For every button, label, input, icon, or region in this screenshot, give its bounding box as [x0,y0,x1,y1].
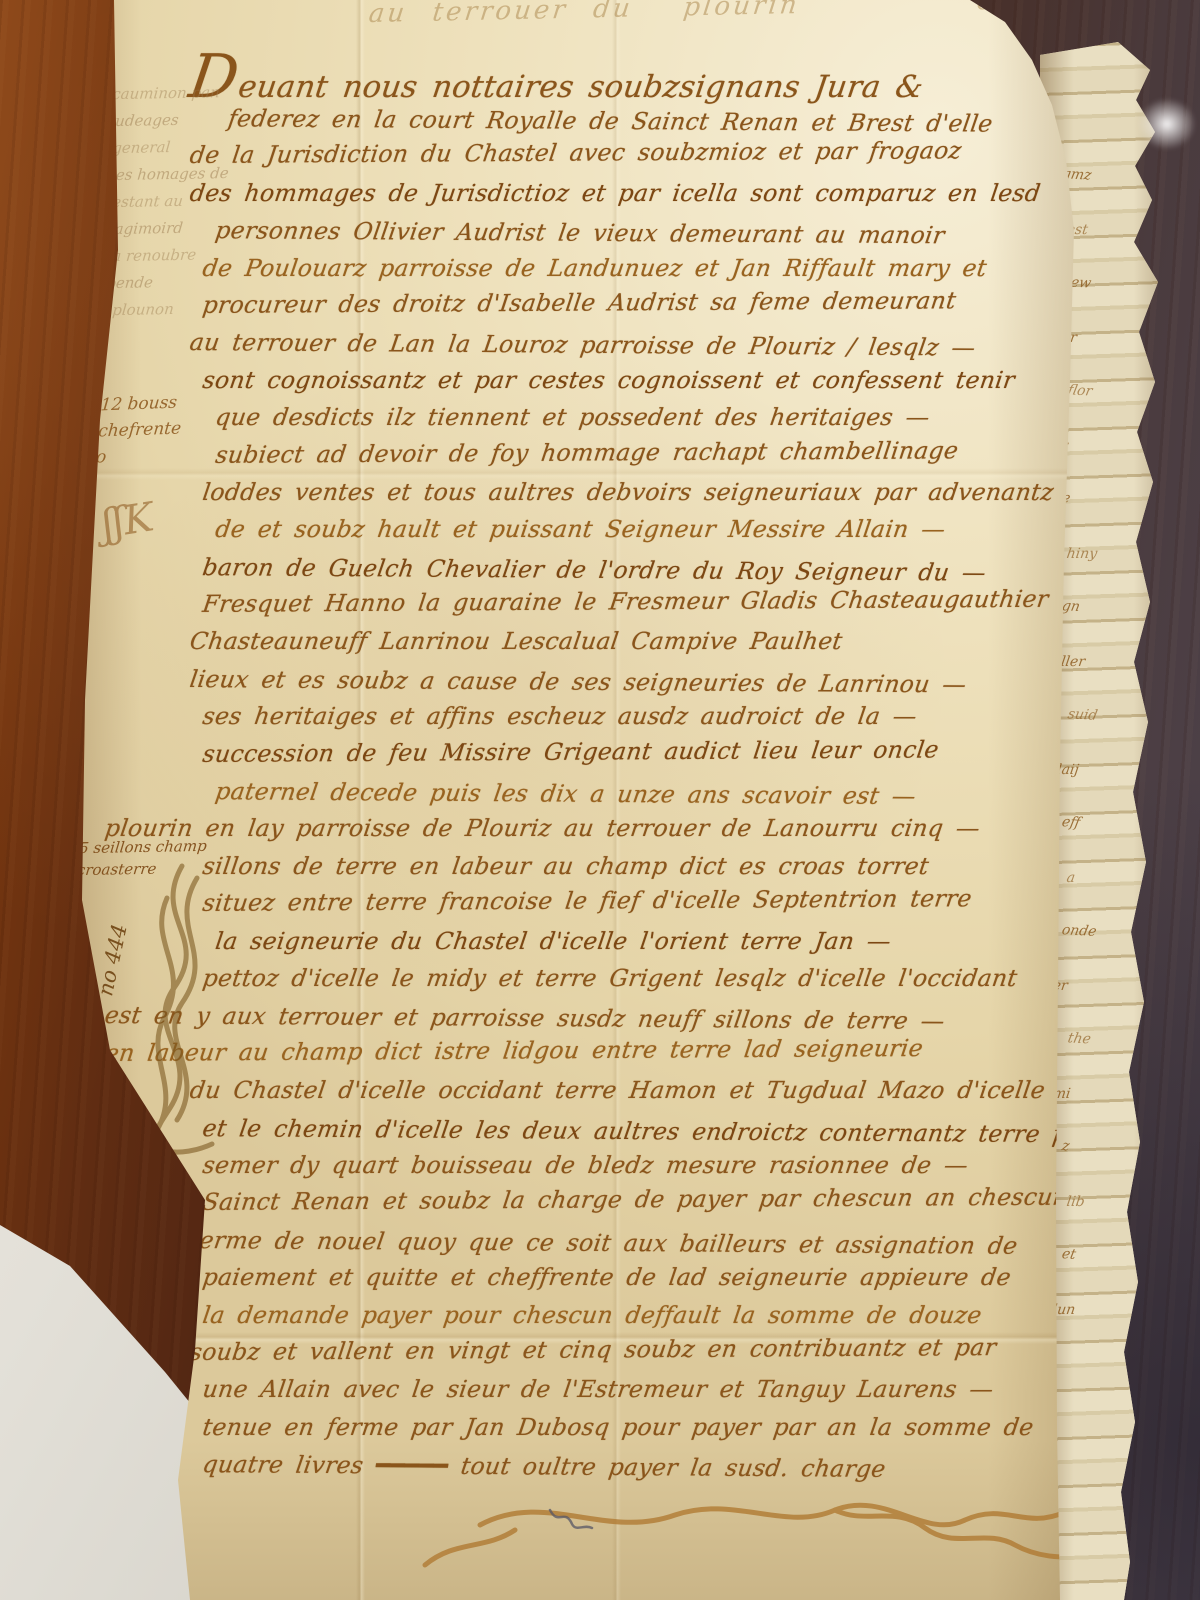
manuscript-line: Sainct Renan et soubz la charge de payer… [187,1179,1093,1222]
manuscript-line: une Allain avec le sieur de l'Estremeur … [187,1371,1092,1408]
manuscript-line: ses heritaiges et affins escheuz ausdz a… [187,698,1092,735]
faded-margin-note: general [111,137,238,166]
manuscript-line: pettoz d'icelle le midy et terre Grigent… [187,960,1092,997]
manuscript-line: en labeur au champ dict istre lidgou ent… [102,1029,1093,1072]
manuscript-line: sont cognoissantz et par cestes cognoiss… [187,362,1092,399]
edge-text-fragment: z [1053,1138,1135,1196]
manuscript-line: subiect ad devoir de foy hommage rachapt… [187,431,1093,474]
faded-margin-notes: cauminon pan audeages general des homage… [106,84,236,327]
edge-text-fragment: lib [1060,1194,1134,1248]
edge-text-fragment: gn [1053,598,1135,656]
manuscript-line: la seigneurie du Chastel d'icelle l'orie… [187,923,1092,960]
edge-text-fragment: lun [1046,1302,1134,1356]
manuscript-line: de la Jurisdiction du Chastel avec soubz… [187,132,1093,175]
edge-text-fragment: the [1059,1030,1135,1087]
manuscript-line: tenue en ferme par Jan Dubosq pour payer… [187,1409,1092,1446]
photo-scene: gmz est hew por flor er e hiny gn aller … [0,0,1200,1600]
reflection-highlight [1138,98,1196,150]
edge-text-fragment: eff [1053,814,1135,872]
manuscript-line: soubz et vallent en vingt et cinq soubz … [187,1328,1093,1371]
edge-text-fragment: mi [1046,1086,1134,1140]
manuscript-line: Deuant nous nottaires soubzsignans Jura … [187,54,1093,100]
faded-margin-note: plounon [111,299,238,328]
bottom-flourish-drawing [365,1470,1125,1580]
faded-margin-note: des homages de [105,164,238,193]
manuscript-line: du Chastel d'icelle occidant terre Hamon… [187,1072,1092,1109]
manuscript-line: que desdicts ilz tiennent et possedent d… [187,399,1092,436]
parchment-page: au terrouer du plourin caumenon Deuant n… [70,0,1090,1600]
faded-margin-note: pende [105,272,238,301]
edge-text-fragment: et [1053,1246,1135,1304]
margin-note-line: o [95,445,180,474]
margin-note-chefrente: 12 bouss chefrente o [95,392,185,473]
faded-margin-note: a renoubre [111,245,238,274]
pencil-scribble-mark [540,1498,600,1538]
edge-text-fragment: er [1046,978,1134,1032]
manuscript-line: Fresquet Hanno la guaraine le Fresmeur G… [187,581,1093,624]
margin-note-line: chefrente [97,419,182,448]
faded-margin-note: estant au [111,191,238,220]
edge-text-fragment: suid [1059,706,1135,763]
margin-note-line: 12 bouss [99,392,184,421]
margin-paraph-mark: ʃʃK [99,494,157,548]
manuscript-line: paiement et quitte et cheffrente de lad … [187,1259,1092,1296]
manuscript-line: situez entre terre francoise le fief d'i… [187,880,1093,923]
edge-text-fragment: a [1060,870,1134,924]
manuscript-line: succession de feu Missire Grigeant audic… [187,730,1093,773]
manuscript-line: la demande payer pour chescun deffault l… [187,1297,1092,1334]
manuscript-line: de et soubz hault et puissant Seigneur M… [187,511,1092,548]
faded-margin-note: audeages [105,110,238,139]
manuscript-text-block: Deuant nous nottaires soubzsignans Jura … [190,54,1090,1483]
faded-margin-note: cagimoird [105,218,238,247]
manuscript-line: plourin en lay parroisse de Plouriz au t… [102,810,1092,847]
manuscript-line: des hommages de Jurisdictioz et par icel… [187,175,1092,212]
manuscript-line: loddes ventes et tous aultres debvoirs s… [187,474,1092,511]
manuscript-line: Chasteauneuff Lanrinou Lescalual Campive… [187,623,1092,660]
edge-text-fragment: hiny [1060,546,1134,600]
edge-text-fragment: onde [1053,922,1135,980]
faded-margin-note: cauminon pan [111,83,238,112]
manuscript-line: procureur des droitz d'Isabelle Audrist … [187,281,1093,324]
edge-text-fragment: flor [1059,382,1135,439]
